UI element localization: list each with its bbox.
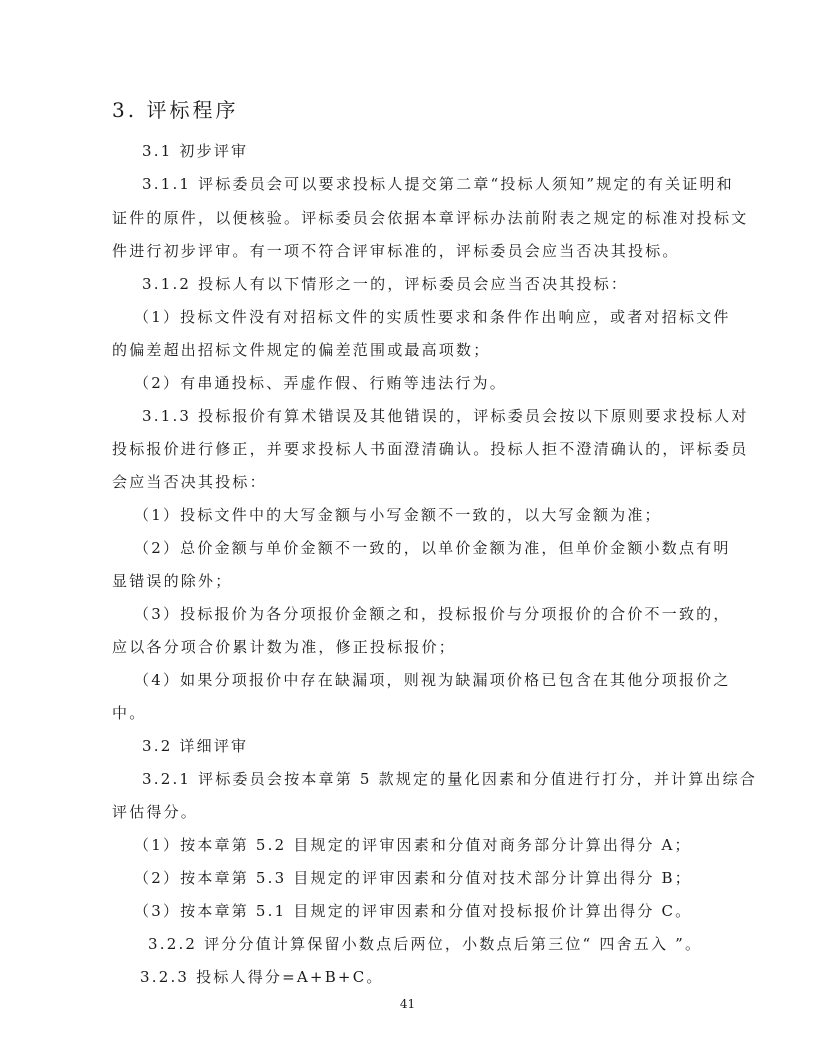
paragraph-line: 的偏差超出招标文件规定的偏差范围或最高项数； — [112, 340, 490, 360]
paragraph-line: （1）投标文件没有对招标文件的实质性要求和条件作出响应，或者对招标文件 — [134, 307, 731, 327]
paragraph-line: （2）按本章第 5.3 目规定的评审因素和分值对技术部分计算出得分 B； — [134, 868, 692, 888]
document-page: 3. 评标程序 3.1 初步评审3.1.1 评标委员会可以要求投标人提交第二章“… — [0, 0, 815, 1055]
paragraph-line: （3）按本章第 5.1 目规定的评审因素和分值对投标报价计算出得分 C。 — [134, 901, 692, 921]
paragraph-line: 3.2.3 投标人得分=A+B+C。 — [140, 967, 384, 987]
paragraph-line: 中。 — [112, 703, 146, 723]
paragraph-line: （2）有串通投标、弄虚作假、行贿等违法行为。 — [134, 373, 507, 393]
paragraph-line: 会应当否决其投标： — [112, 472, 267, 492]
paragraph-line: 件进行初步评审。有一项不符合评审标准的，评标委员会应当否决其投标。 — [112, 241, 680, 261]
subsection-heading: 3.1 初步评审 — [142, 141, 248, 161]
paragraph-line: 证件的原件，以便核验。评标委员会依据本章评标办法前附表之规定的标准对投标文 — [112, 208, 748, 228]
paragraph-line: 3.2.1 评标委员会按本章第 5 款规定的量化因素和分值进行打分，并计算出综合 — [142, 769, 757, 789]
paragraph-line: 评估得分。 — [112, 802, 198, 822]
paragraph-line: 3.2.2 评分分值计算保留小数点后两位，小数点后第三位“ 四舍五入 ”。 — [148, 934, 702, 954]
paragraph-line: （1）按本章第 5.2 目规定的评审因素和分值对商务部分计算出得分 A； — [134, 835, 692, 855]
paragraph-line: （4）如果分项报价中存在缺漏项，则视为缺漏项价格已包含在其他分项报价之 — [134, 670, 731, 690]
subsection-heading: 3.2 详细评审 — [142, 736, 248, 756]
paragraph-line: 显错误的除外； — [112, 571, 232, 591]
section-heading: 3. 评标程序 — [112, 100, 238, 120]
page-number: 41 — [0, 997, 815, 1011]
paragraph-line: 3.1.1 评标委员会可以要求投标人提交第二章“投标人须知”规定的有关证明和 — [142, 174, 734, 194]
paragraph-line: 3.1.3 投标报价有算术错误及其他错误的，评标委员会按以下原则要求投标人对 — [142, 406, 749, 426]
paragraph-line: （1）投标文件中的大写金额与小写金额不一致的，以大写金额为准； — [134, 505, 662, 525]
paragraph-line: （3）投标报价为各分项报价金额之和，投标报价与分项报价的合价不一致的， — [134, 604, 731, 624]
paragraph-line: （2）总价金额与单价金额不一致的，以单价金额为准，但单价金额小数点有明 — [134, 538, 731, 558]
paragraph-line: 应以各分项合价累计数为准，修正投标报价； — [112, 637, 456, 657]
paragraph-line: 3.1.2 投标人有以下情形之一的，评标委员会应当否决其投标： — [142, 274, 628, 294]
paragraph-line: 投标报价进行修正，并要求投标人书面澄清确认。投标人拒不澄清确认的，评标委员 — [112, 439, 748, 459]
